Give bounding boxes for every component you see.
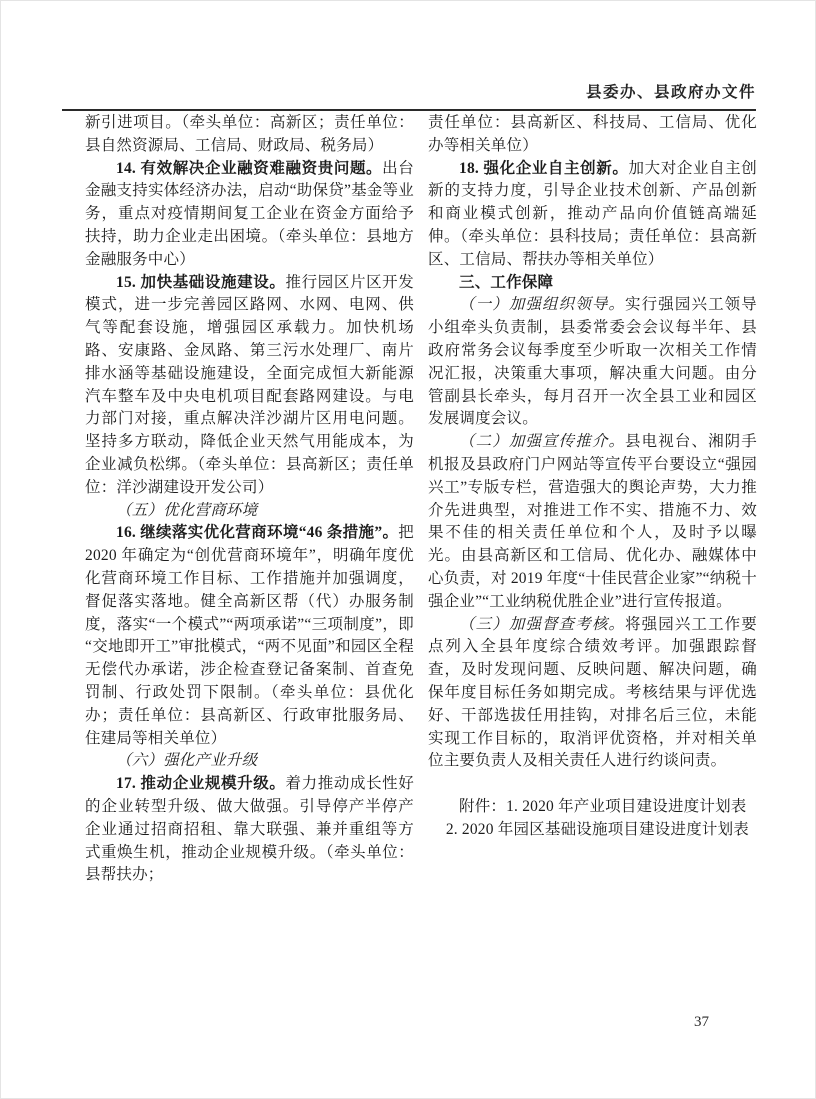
paragraph-item-18: 18. 强化企业自主创新。加大对企业自主创新的支持力度，引导企业技术创新、产品创… — [428, 158, 757, 272]
header-title: 县委办、县政府办文件 — [586, 84, 756, 101]
paragraph-text: 将强园兴工工作要点列入全县年度综合绩效考评。加强跟踪督查，及时发现问题、反映问题… — [428, 616, 757, 770]
paragraph-guarantee-3: （三）加强督查考核。将强园兴工工作要点列入全县年度综合绩效考评。加强跟踪督查，及… — [428, 614, 757, 774]
chapter-heading-3: 三、工作保障 — [428, 272, 757, 295]
paragraph-text: 责任单位：县高新区、科技局、工信局、优化办等相关单位） — [428, 114, 757, 154]
attachment-line-1: 附件：1. 2020 年产业项目建设进度计划表 — [428, 796, 757, 819]
paragraph-text: 把 2020 年确定为“创优营商环境年”，明确年度优化营商环境工作目标、工作措施… — [85, 524, 414, 746]
item-14-title: 14. 有效解决企业融资难融资贵问题。 — [116, 160, 382, 177]
paragraph-guarantee-2: （二）加强宣传推介。县电视台、湘阴手机报及县政府门户网站等宣传平台要设立“强园兴… — [428, 431, 757, 613]
section-heading-5: （五）优化营商环境 — [85, 500, 414, 523]
paragraph-text: 推行园区片区开发模式，进一步完善园区路网、水网、电网、供气等配套设施，增强园区承… — [85, 274, 414, 496]
paragraph-continuation: 新引进项目。（牵头单位：高新区；责任单位：县自然资源局、工信局、财政局、税务局） — [85, 112, 414, 158]
attachment-line-2: 2. 2020 年园区基础设施项目建设进度计划表 — [428, 819, 757, 842]
right-column: 责任单位：县高新区、科技局、工信局、优化办等相关单位） 18. 强化企业自主创新… — [428, 112, 757, 887]
paragraph-item-15: 15. 加快基础设施建设。推行园区片区开发模式，进一步完善园区路网、水网、电网、… — [85, 272, 414, 500]
item-18-title: 18. 强化企业自主创新。 — [459, 160, 629, 177]
text-columns: 新引进项目。（牵头单位：高新区；责任单位：县自然资源局、工信局、财政局、税务局）… — [85, 112, 757, 887]
item-16-title: 16. 继续落实优化营商环境“46 条措施”。 — [116, 524, 398, 541]
section-heading-6: （六）强化产业升级 — [85, 750, 414, 773]
paragraph-text: 实行强园兴工领导小组牵头负责制，县委常委会会议每半年、县政府常务会议每季度至少听… — [428, 296, 757, 427]
document-page: 县委办、县政府办文件 新引进项目。（牵头单位：高新区；责任单位：县自然资源局、工… — [0, 0, 816, 1099]
attachments-block: 附件：1. 2020 年产业项目建设进度计划表 2. 2020 年园区基础设施项… — [428, 796, 757, 842]
paragraph-guarantee-1: （一）加强组织领导。实行强园兴工领导小组牵头负责制，县委常委会会议每半年、县政府… — [428, 294, 757, 431]
paragraph-item-14: 14. 有效解决企业融资难融资贵问题。出台金融支持实体经济办法，启动“助保贷”基… — [85, 158, 414, 272]
item-17-title: 17. 推动企业规模升级。 — [116, 775, 286, 792]
paragraph-item-17: 17. 推动企业规模升级。着力推动成长性好的企业转型升级、做大做强。引导停产半停… — [85, 773, 414, 887]
guarantee-2-title: （二）加强宣传推介。 — [459, 433, 625, 450]
guarantee-1-title: （一）加强组织领导。 — [459, 296, 625, 313]
guarantee-3-title: （三）加强督查考核。 — [459, 616, 625, 633]
paragraph-text: 新引进项目。（牵头单位：高新区；责任单位：县自然资源局、工信局、财政局、税务局） — [85, 114, 414, 154]
document-header: 县委办、县政府办文件 — [62, 80, 756, 111]
left-column: 新引进项目。（牵头单位：高新区；责任单位：县自然资源局、工信局、财政局、税务局）… — [85, 112, 414, 887]
item-15-title: 15. 加快基础设施建设。 — [116, 274, 286, 291]
paragraph-continuation: 责任单位：县高新区、科技局、工信局、优化办等相关单位） — [428, 112, 757, 158]
page-number: 37 — [694, 1014, 709, 1031]
paragraph-text: 县电视台、湘阴手机报及县政府门户网站等宣传平台要设立“强园兴工”专版专栏，营造强… — [428, 433, 757, 610]
paragraph-item-16: 16. 继续落实优化营商环境“46 条措施”。把 2020 年确定为“创优营商环… — [85, 522, 414, 750]
